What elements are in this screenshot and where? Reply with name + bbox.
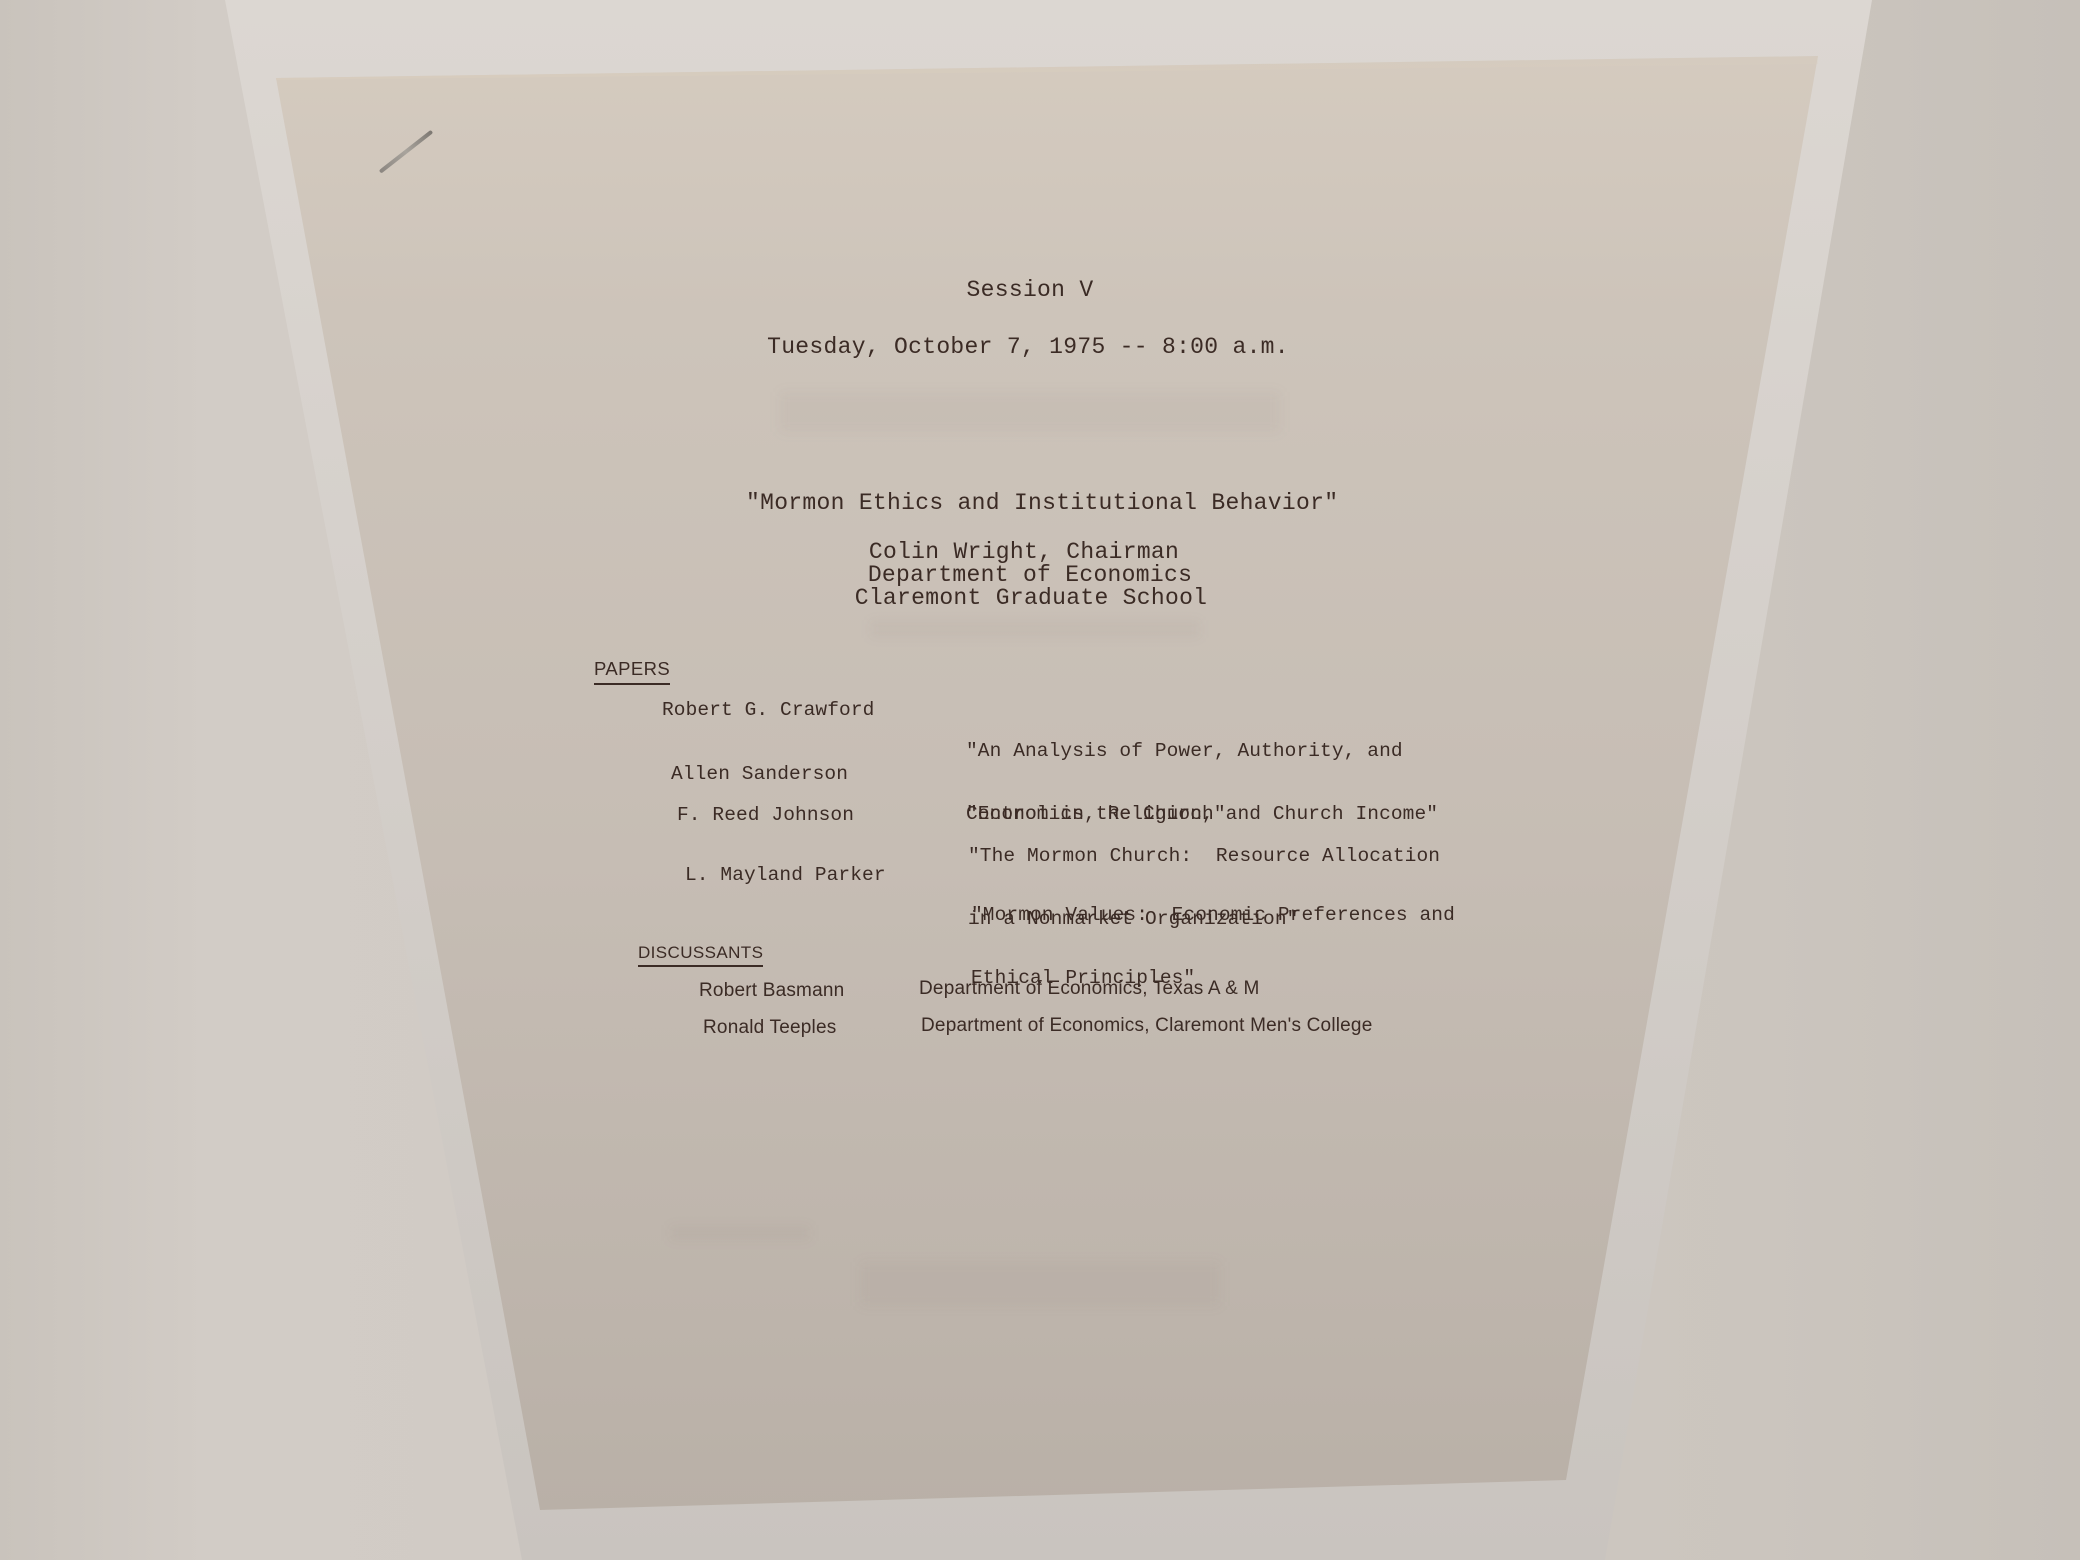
- chairman-institution: Claremont Graduate School: [855, 587, 1208, 610]
- paper-author: L. Mayland Parker: [685, 866, 886, 886]
- session-heading: Session V: [967, 279, 1094, 302]
- discussant-affiliation: Department of Economics, Claremont Men's…: [921, 1016, 1372, 1035]
- session-date-time: Tuesday, October 7, 1975 -- 8:00 a.m.: [767, 336, 1289, 359]
- paper-title-line: "An Analysis of Power, Authority, and: [966, 741, 1403, 762]
- session-title: "Mormon Ethics and Institutional Behavio…: [746, 492, 1338, 515]
- paper-author: Allen Sanderson: [671, 765, 848, 785]
- paper-title-line: "Mormon Values: Economic Preferences and: [971, 905, 1455, 926]
- discussant-name: Ronald Teeples: [703, 1018, 836, 1037]
- paper-author: F. Reed Johnson: [677, 806, 854, 826]
- discussant-name: Robert Basmann: [699, 981, 844, 1000]
- paper-author: Robert G. Crawford: [662, 701, 874, 721]
- paper-title: "Mormon Values: Economic Preferences and…: [971, 863, 1455, 1031]
- chairman-name: Colin Wright, Chairman: [869, 541, 1179, 564]
- discussant-affiliation: Department of Economics, Texas A & M: [919, 979, 1260, 998]
- chairman-department: Department of Economics: [868, 564, 1192, 587]
- discussants-section-label: DISCUSSANTS: [638, 944, 763, 967]
- papers-section-label: PAPERS: [594, 660, 670, 685]
